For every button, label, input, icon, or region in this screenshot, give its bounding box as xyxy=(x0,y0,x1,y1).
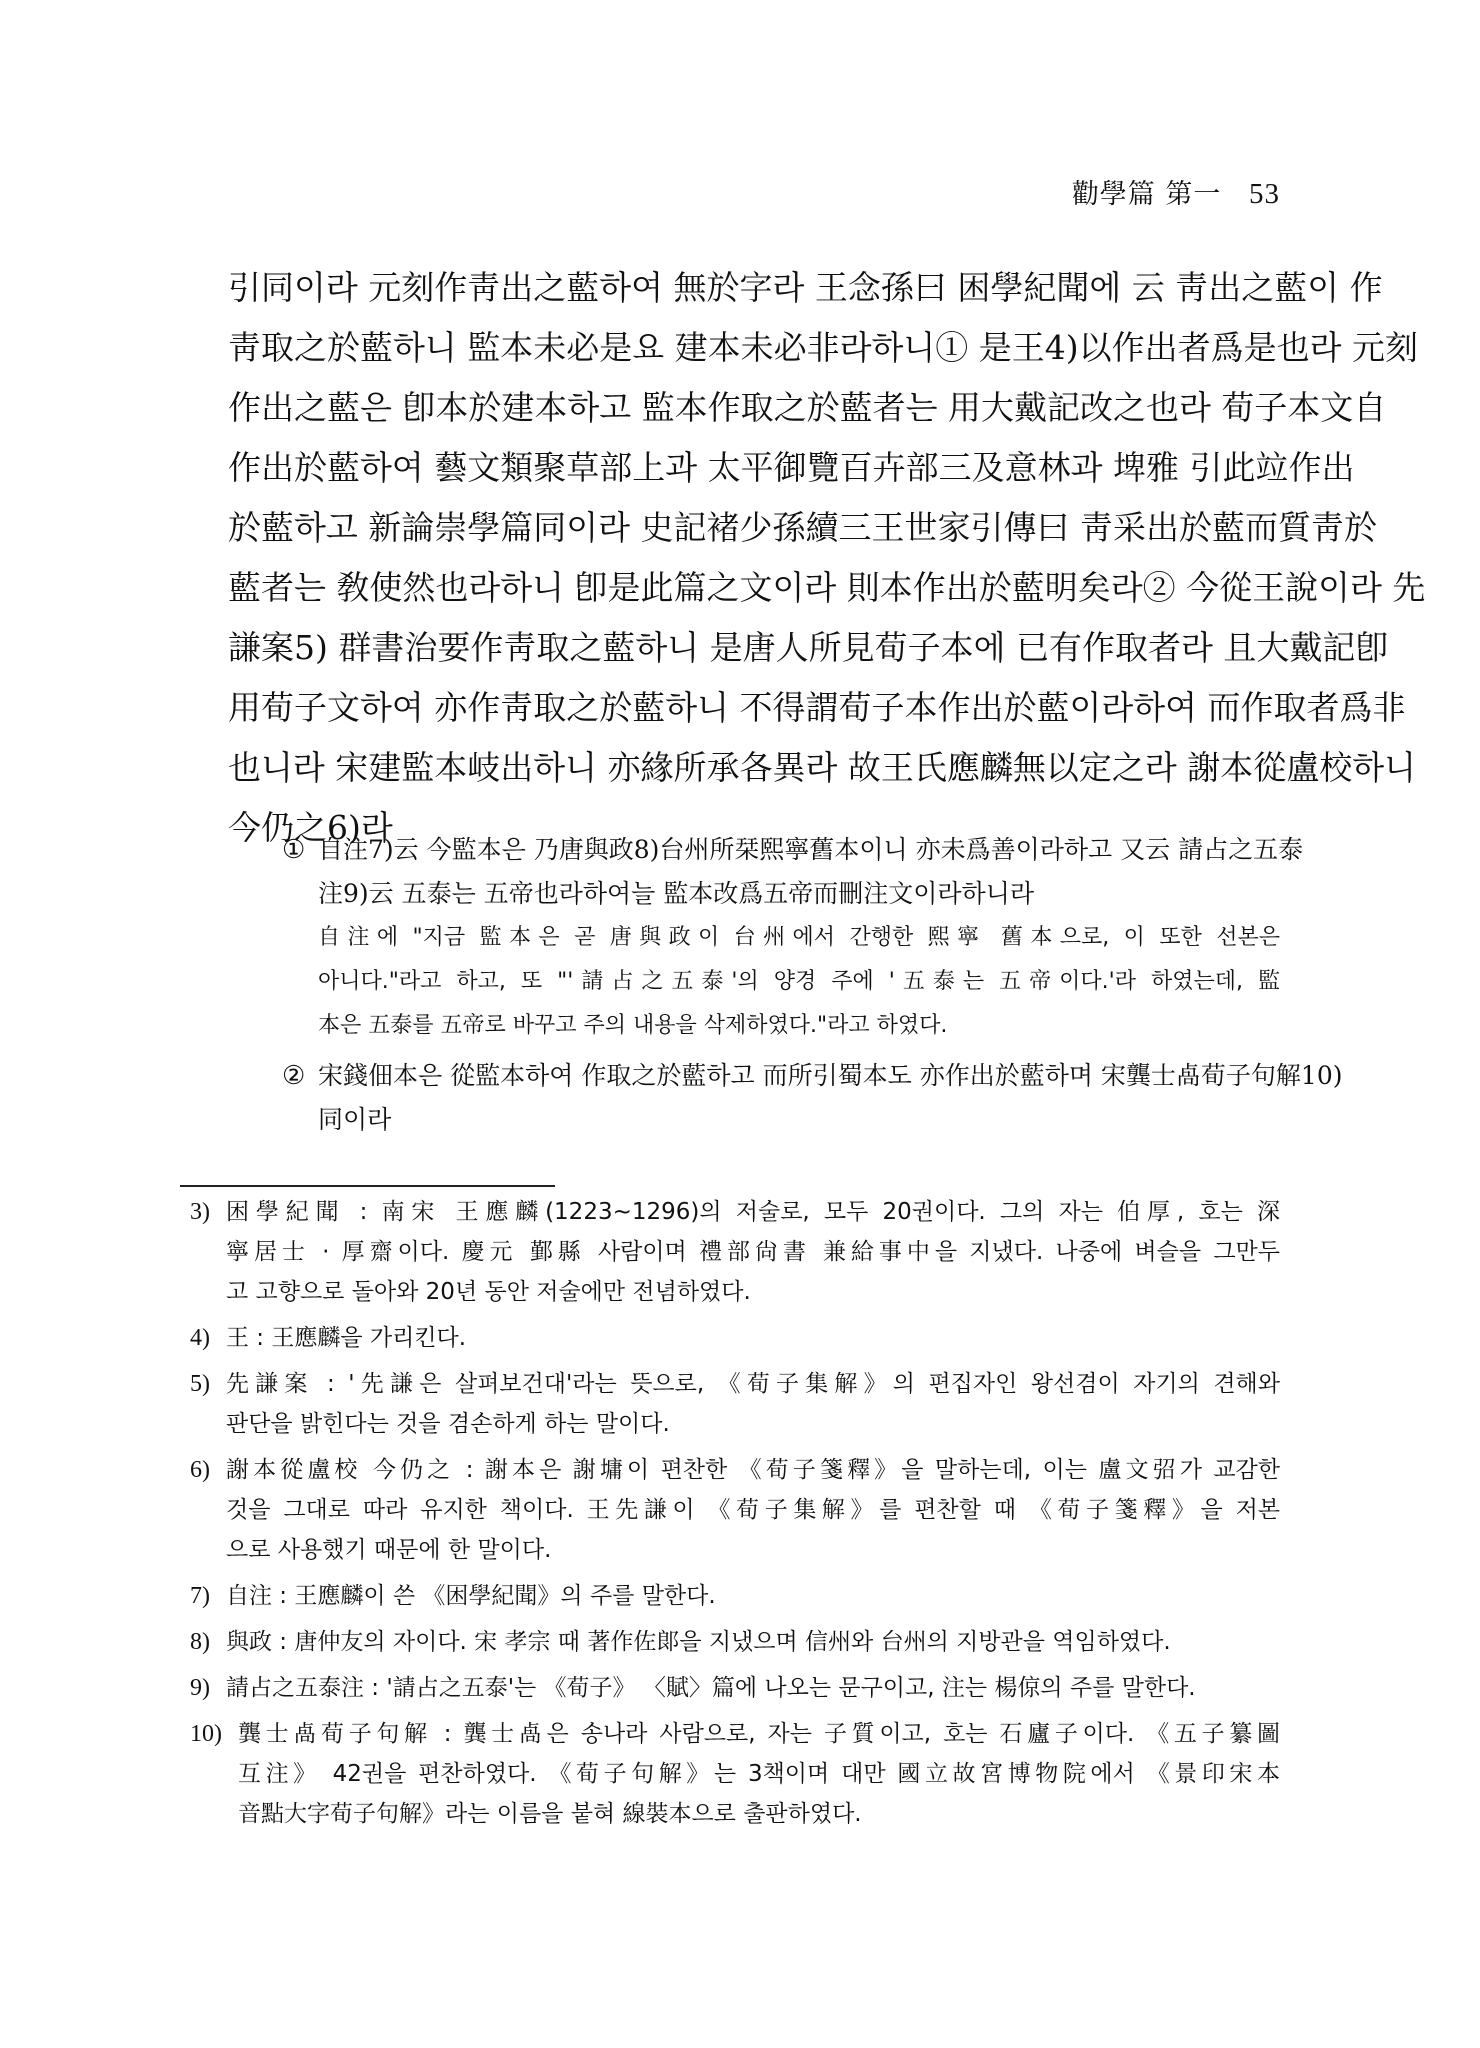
footnote-5: 5) 先謙案 : '先謙은 살펴보건대'라는 뜻으로, 《荀子集解》의 편집자인… xyxy=(190,1364,1280,1444)
note-original-line: 同이라 xyxy=(318,1098,1280,1142)
footnote-number: 5) xyxy=(190,1364,210,1404)
chapter-title: 勸學篇 第一 xyxy=(1072,179,1222,210)
footnote-line: 自注 : 王應麟이 쓴 《困學紀聞》의 주를 말한다. xyxy=(226,1576,1280,1616)
page-number: 53 xyxy=(1249,178,1280,210)
main-text-line: 用荀子文하여 亦作靑取之於藍하니 不得謂荀子本作出於藍이라하여 而作取者爲非 xyxy=(228,678,1278,738)
footnote-number: 3) xyxy=(190,1192,210,1232)
main-text-line: 作出之藍은 卽本於建本하고 監本作取之於藍者는 用大戴記改之也라 荀子本文自 xyxy=(228,378,1278,438)
footnote-line: 판단을 밝힌다는 것을 겸손하게 하는 말이다. xyxy=(226,1404,1280,1444)
main-text-line: 引同이라 元刻作靑出之藍하여 無於字라 王念孫曰 困學紀聞에 云 靑出之藍이 作 xyxy=(228,258,1278,318)
footnote-number: 9) xyxy=(190,1668,210,1708)
footnote-4: 4) 王 : 王應麟을 가리킨다. xyxy=(190,1318,1280,1358)
footnote-number: 7) xyxy=(190,1576,210,1616)
note-translation-line: 아니다."라고 하고, 또 "'請占之五泰'의 양경 주에 '五泰는 五帝이다.… xyxy=(318,960,1280,1004)
note-marker: ② xyxy=(282,1054,305,1098)
footnote-divider xyxy=(180,1185,555,1187)
footnote-line: 請占之五泰注 : '請占之五泰'는 《荀子》 〈賦〉篇에 나오는 문구이고, 注… xyxy=(226,1668,1280,1708)
footnote-line: 고 고향으로 돌아와 20년 동안 저술에만 전념하였다. xyxy=(226,1272,1280,1312)
main-text-line: 藍者는 敎使然也라하니 卽是此篇之文이라 則本作出於藍明矣라② 今從王說이라 先 xyxy=(228,558,1278,618)
footnote-line: 으로 사용했기 때문에 한 말이다. xyxy=(226,1530,1280,1570)
footnote-line: 寧居士 · 厚齋이다. 慶元 鄞縣 사람이며 禮部尙書 兼給事中을 지냈다. 나… xyxy=(226,1232,1280,1272)
footnotes: 3) 困學紀聞 : 南宋 王應麟(1223~1296)의 저술로, 모두 20권… xyxy=(190,1192,1280,1840)
footnote-line: 것을 그대로 따라 유지한 책이다. 王先謙이 《荀子集解》를 편찬할 때 《荀… xyxy=(226,1490,1280,1530)
footnote-10: 10) 龔士卨荀子句解 : 龔士卨은 송나라 사람으로, 자는 子質이고, 호는… xyxy=(190,1714,1280,1834)
note-translation-line: 本은 五泰를 五帝로 바꾸고 주의 내용을 삭제하였다."라고 하였다. xyxy=(318,1004,1280,1048)
main-text-line: 於藍하고 新論崇學篇同이라 史記褚少孫續三王世家引傳曰 靑采出於藍而質靑於 xyxy=(228,498,1278,558)
footnote-number: 8) xyxy=(190,1622,210,1662)
running-head: 勸學篇 第一 53 xyxy=(1072,172,1280,211)
footnote-line: 困學紀聞 : 南宋 王應麟(1223~1296)의 저술로, 모두 20권이다.… xyxy=(226,1192,1280,1232)
footnote-8: 8) 與政 : 唐仲友의 자이다. 宋 孝宗 때 著作佐郞을 지냈으며 信州와 … xyxy=(190,1622,1280,1662)
footnote-line: 互注》 42권을 편찬하였다. 《荀子句解》는 3책이며 대만 國立故宮博物院에… xyxy=(238,1754,1280,1794)
footnote-6: 6) 謝本從盧校 今仍之 : 謝本은 謝墉이 편찬한 《荀子箋釋》을 말하는데,… xyxy=(190,1450,1280,1570)
footnote-number: 4) xyxy=(190,1318,210,1358)
note-original-line: 宋錢佃本은 從監本하여 作取之於藍하고 而所引蜀本도 亦作出於藍하며 宋龔士卨荀… xyxy=(318,1054,1280,1098)
footnote-number: 10) xyxy=(190,1714,222,1754)
note-2: ② 宋錢佃本은 從監本하여 作取之於藍하고 而所引蜀本도 亦作出於藍하며 宋龔士… xyxy=(290,1054,1280,1142)
footnote-line: 與政 : 唐仲友의 자이다. 宋 孝宗 때 著作佐郞을 지냈으며 信州와 台州의… xyxy=(226,1622,1280,1662)
footnote-line: 王 : 王應麟을 가리킨다. xyxy=(226,1318,1280,1358)
main-commentary-text: 引同이라 元刻作靑出之藍하여 無於字라 王念孫曰 困學紀聞에 云 靑出之藍이 作… xyxy=(228,258,1278,858)
footnote-7: 7) 自注 : 王應麟이 쓴 《困學紀聞》의 주를 말한다. xyxy=(190,1576,1280,1616)
note-marker: ① xyxy=(282,828,305,872)
note-translation-line: 自注에 "지금 監本은 곧 唐與政이 台州에서 간행한 熙寧 舊本으로, 이 또… xyxy=(318,916,1280,960)
footnote-9: 9) 請占之五泰注 : '請占之五泰'는 《荀子》 〈賦〉篇에 나오는 문구이고… xyxy=(190,1668,1280,1708)
main-text-line: 靑取之於藍하니 監本未必是요 建本未必非라하니① 是王4)以作出者爲是也라 元刻 xyxy=(228,318,1278,378)
footnote-line: 音點大字荀子句解》라는 이름을 붙혀 線裝本으로 출판하였다. xyxy=(238,1794,1280,1834)
circled-notes: ① 自注7)云 今監本은 乃唐與政8)台州所栞熙寧舊本이니 亦未爲善이라하고 又… xyxy=(290,828,1280,1148)
note-1: ① 自注7)云 今監本은 乃唐與政8)台州所栞熙寧舊本이니 亦未爲善이라하고 又… xyxy=(290,828,1280,1048)
footnote-3: 3) 困學紀聞 : 南宋 王應麟(1223~1296)의 저술로, 모두 20권… xyxy=(190,1192,1280,1312)
footnote-line: 先謙案 : '先謙은 살펴보건대'라는 뜻으로, 《荀子集解》의 편집자인 왕선… xyxy=(226,1364,1280,1404)
footnote-number: 6) xyxy=(190,1450,210,1490)
footnote-line: 謝本從盧校 今仍之 : 謝本은 謝墉이 편찬한 《荀子箋釋》을 말하는데, 이는… xyxy=(226,1450,1280,1490)
main-text-line: 作出於藍하여 藝文類聚草部上과 太平御覽百卉部三及意林과 埤雅 引此竝作出 xyxy=(228,438,1278,498)
note-original-line: 自注7)云 今監本은 乃唐與政8)台州所栞熙寧舊本이니 亦未爲善이라하고 又云 … xyxy=(318,828,1280,872)
footnote-line: 龔士卨荀子句解 : 龔士卨은 송나라 사람으로, 자는 子質이고, 호는 石廬子… xyxy=(238,1714,1280,1754)
main-text-line: 也니라 宋建監本岐出하니 亦緣所承各異라 故王氏應麟無以定之라 謝本從盧校하니 xyxy=(228,738,1278,798)
main-text-line: 謙案5) 群書治要作靑取之藍하니 是唐人所見荀子本에 已有作取者라 且大戴記卽 xyxy=(228,618,1278,678)
note-original-line: 注9)云 五泰는 五帝也라하여늘 監本改爲五帝而刪注文이라하니라 xyxy=(318,872,1280,916)
